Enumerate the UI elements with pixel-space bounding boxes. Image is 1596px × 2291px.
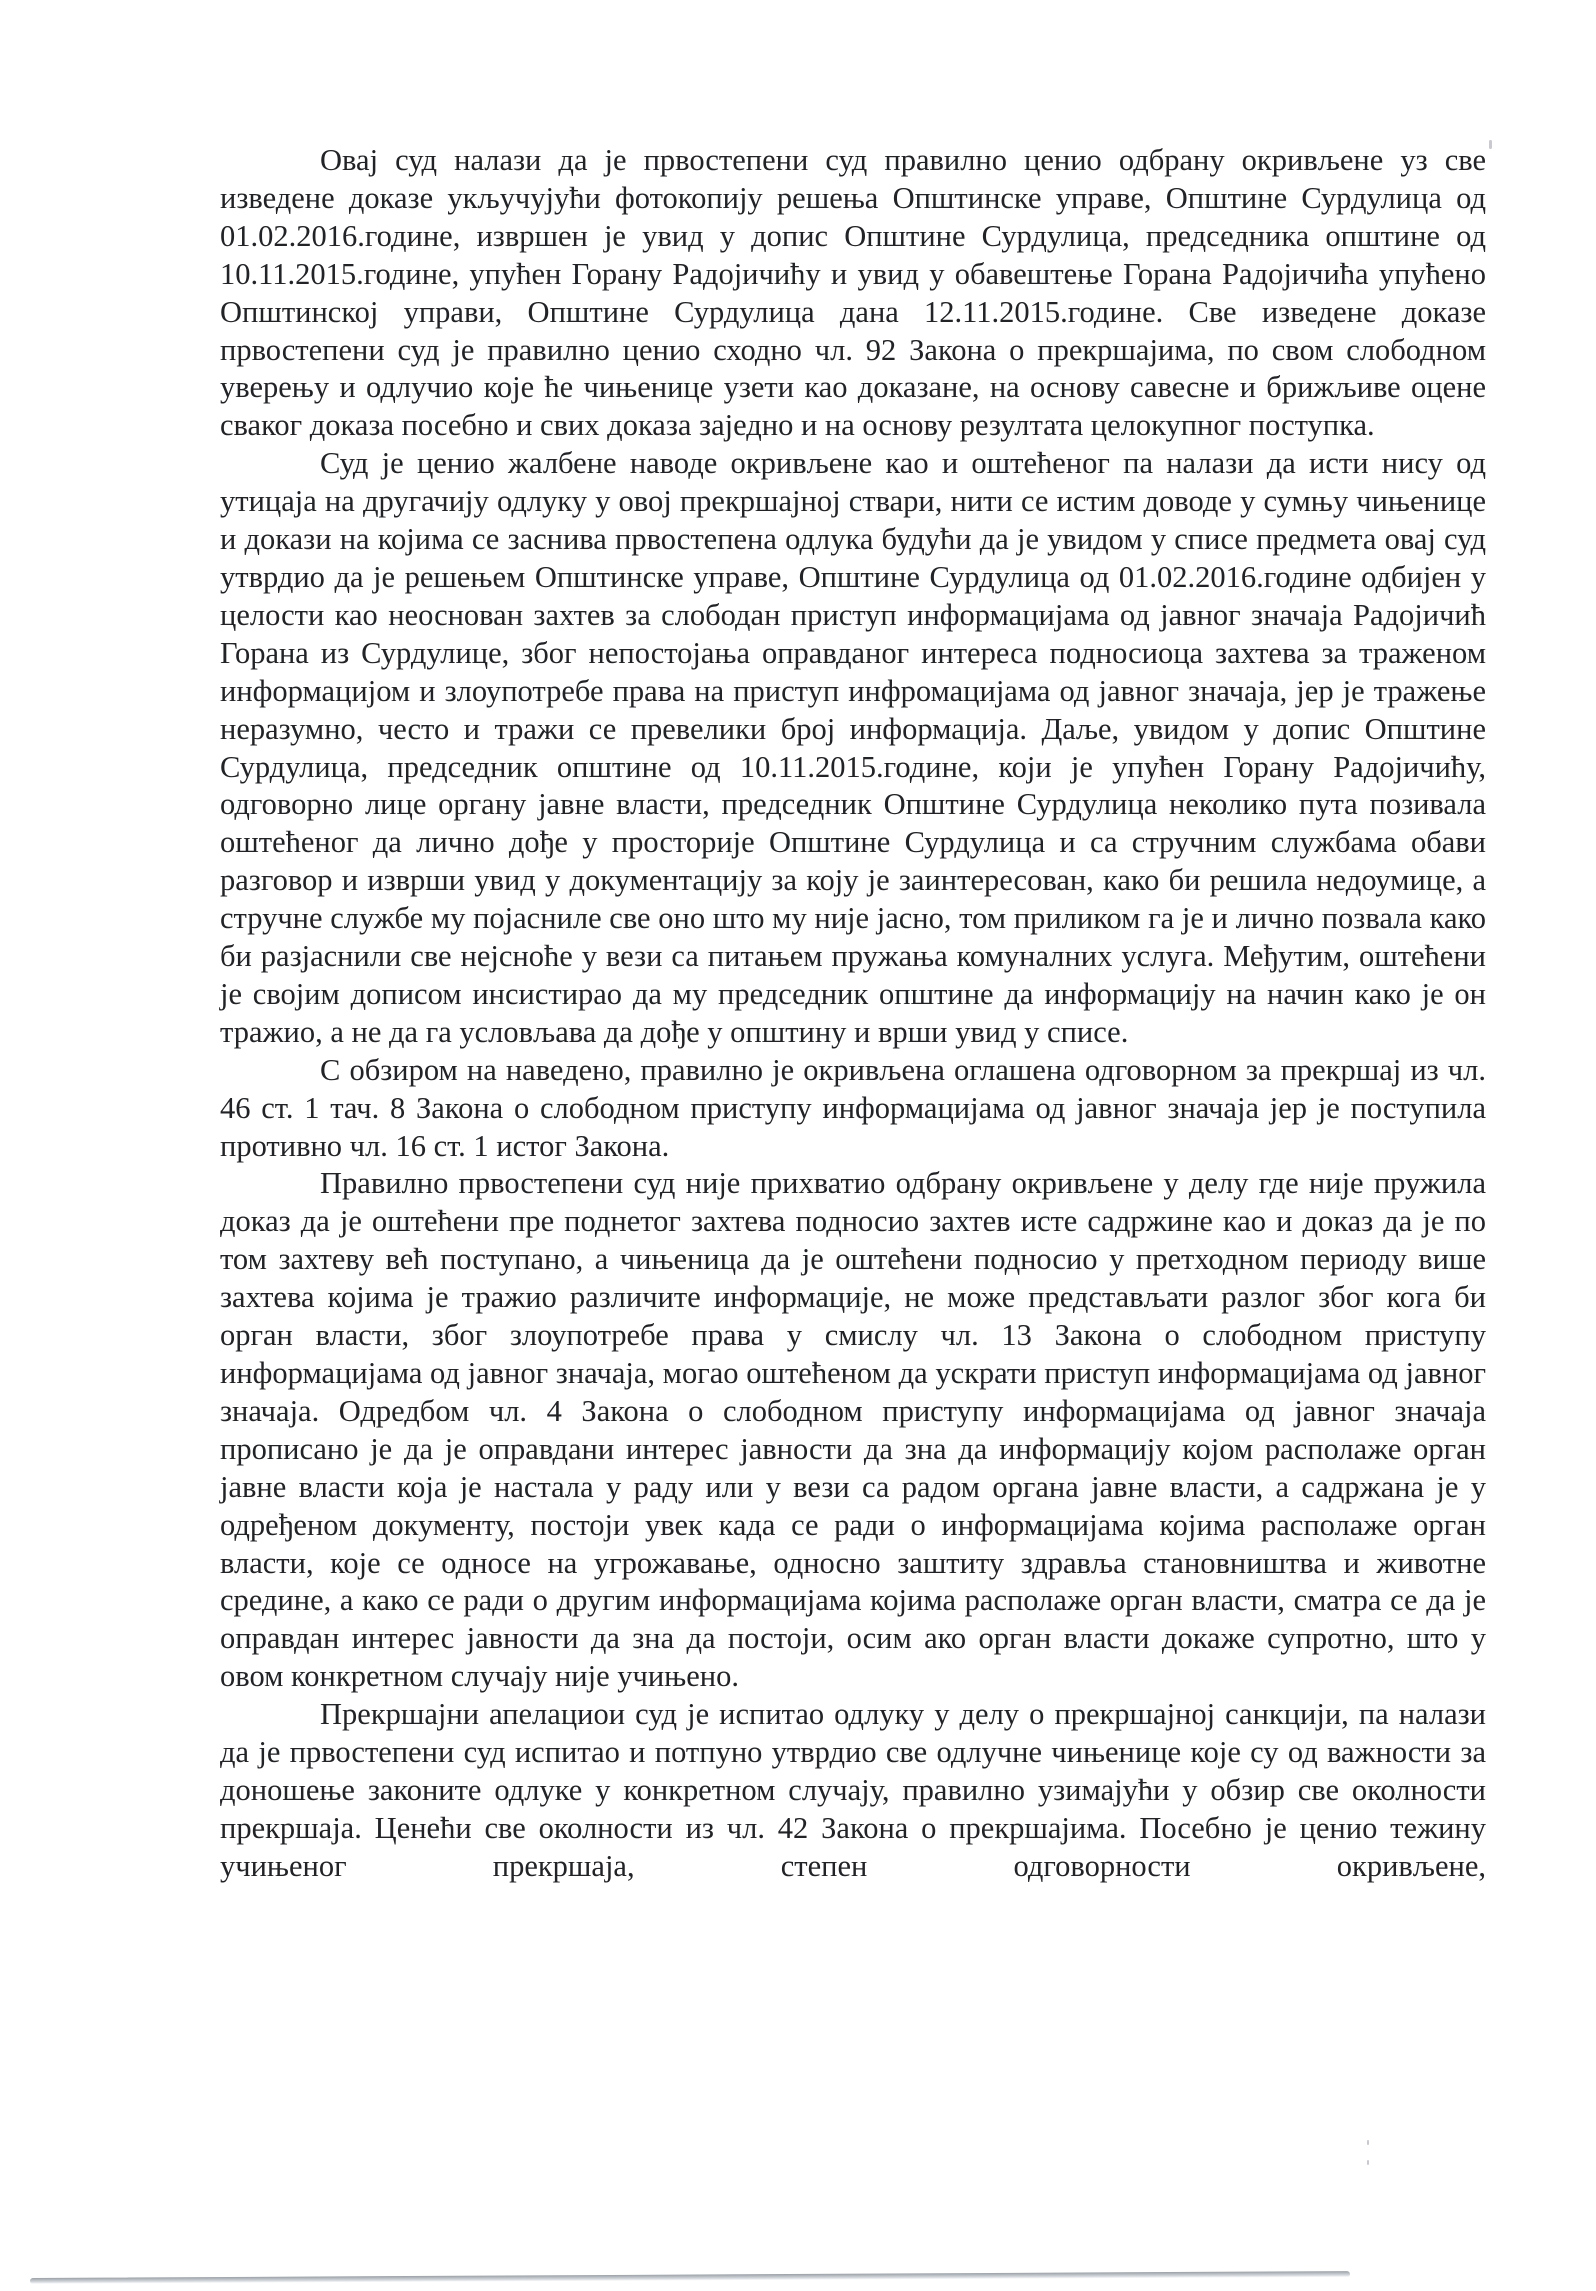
document-body: Овај суд налази да је првостепени суд пр…: [220, 142, 1486, 1886]
scan-speck: [1489, 140, 1492, 149]
paragraph-sanction-review: Прекршајни апелациои суд је испитао одлу…: [220, 1696, 1486, 1886]
paragraph-defense-rejection: Правилно првостепени суд није прихватио …: [220, 1165, 1486, 1696]
paragraph-appeal-claims: Суд је ценио жалбене наводе окривљене ка…: [220, 445, 1486, 1052]
scan-bottom-edge: [30, 2271, 1350, 2284]
scan-speck: [1367, 2140, 1369, 2145]
scan-speck: [1367, 2160, 1369, 2165]
scanned-document-page: Овај суд налази да је првостепени суд пр…: [0, 0, 1596, 2291]
paragraph-evidence-assessment: Овај суд налази да је првостепени суд пр…: [220, 142, 1486, 445]
paragraph-liability-finding: С обзиром на наведено, правилно је окрив…: [220, 1052, 1486, 1166]
